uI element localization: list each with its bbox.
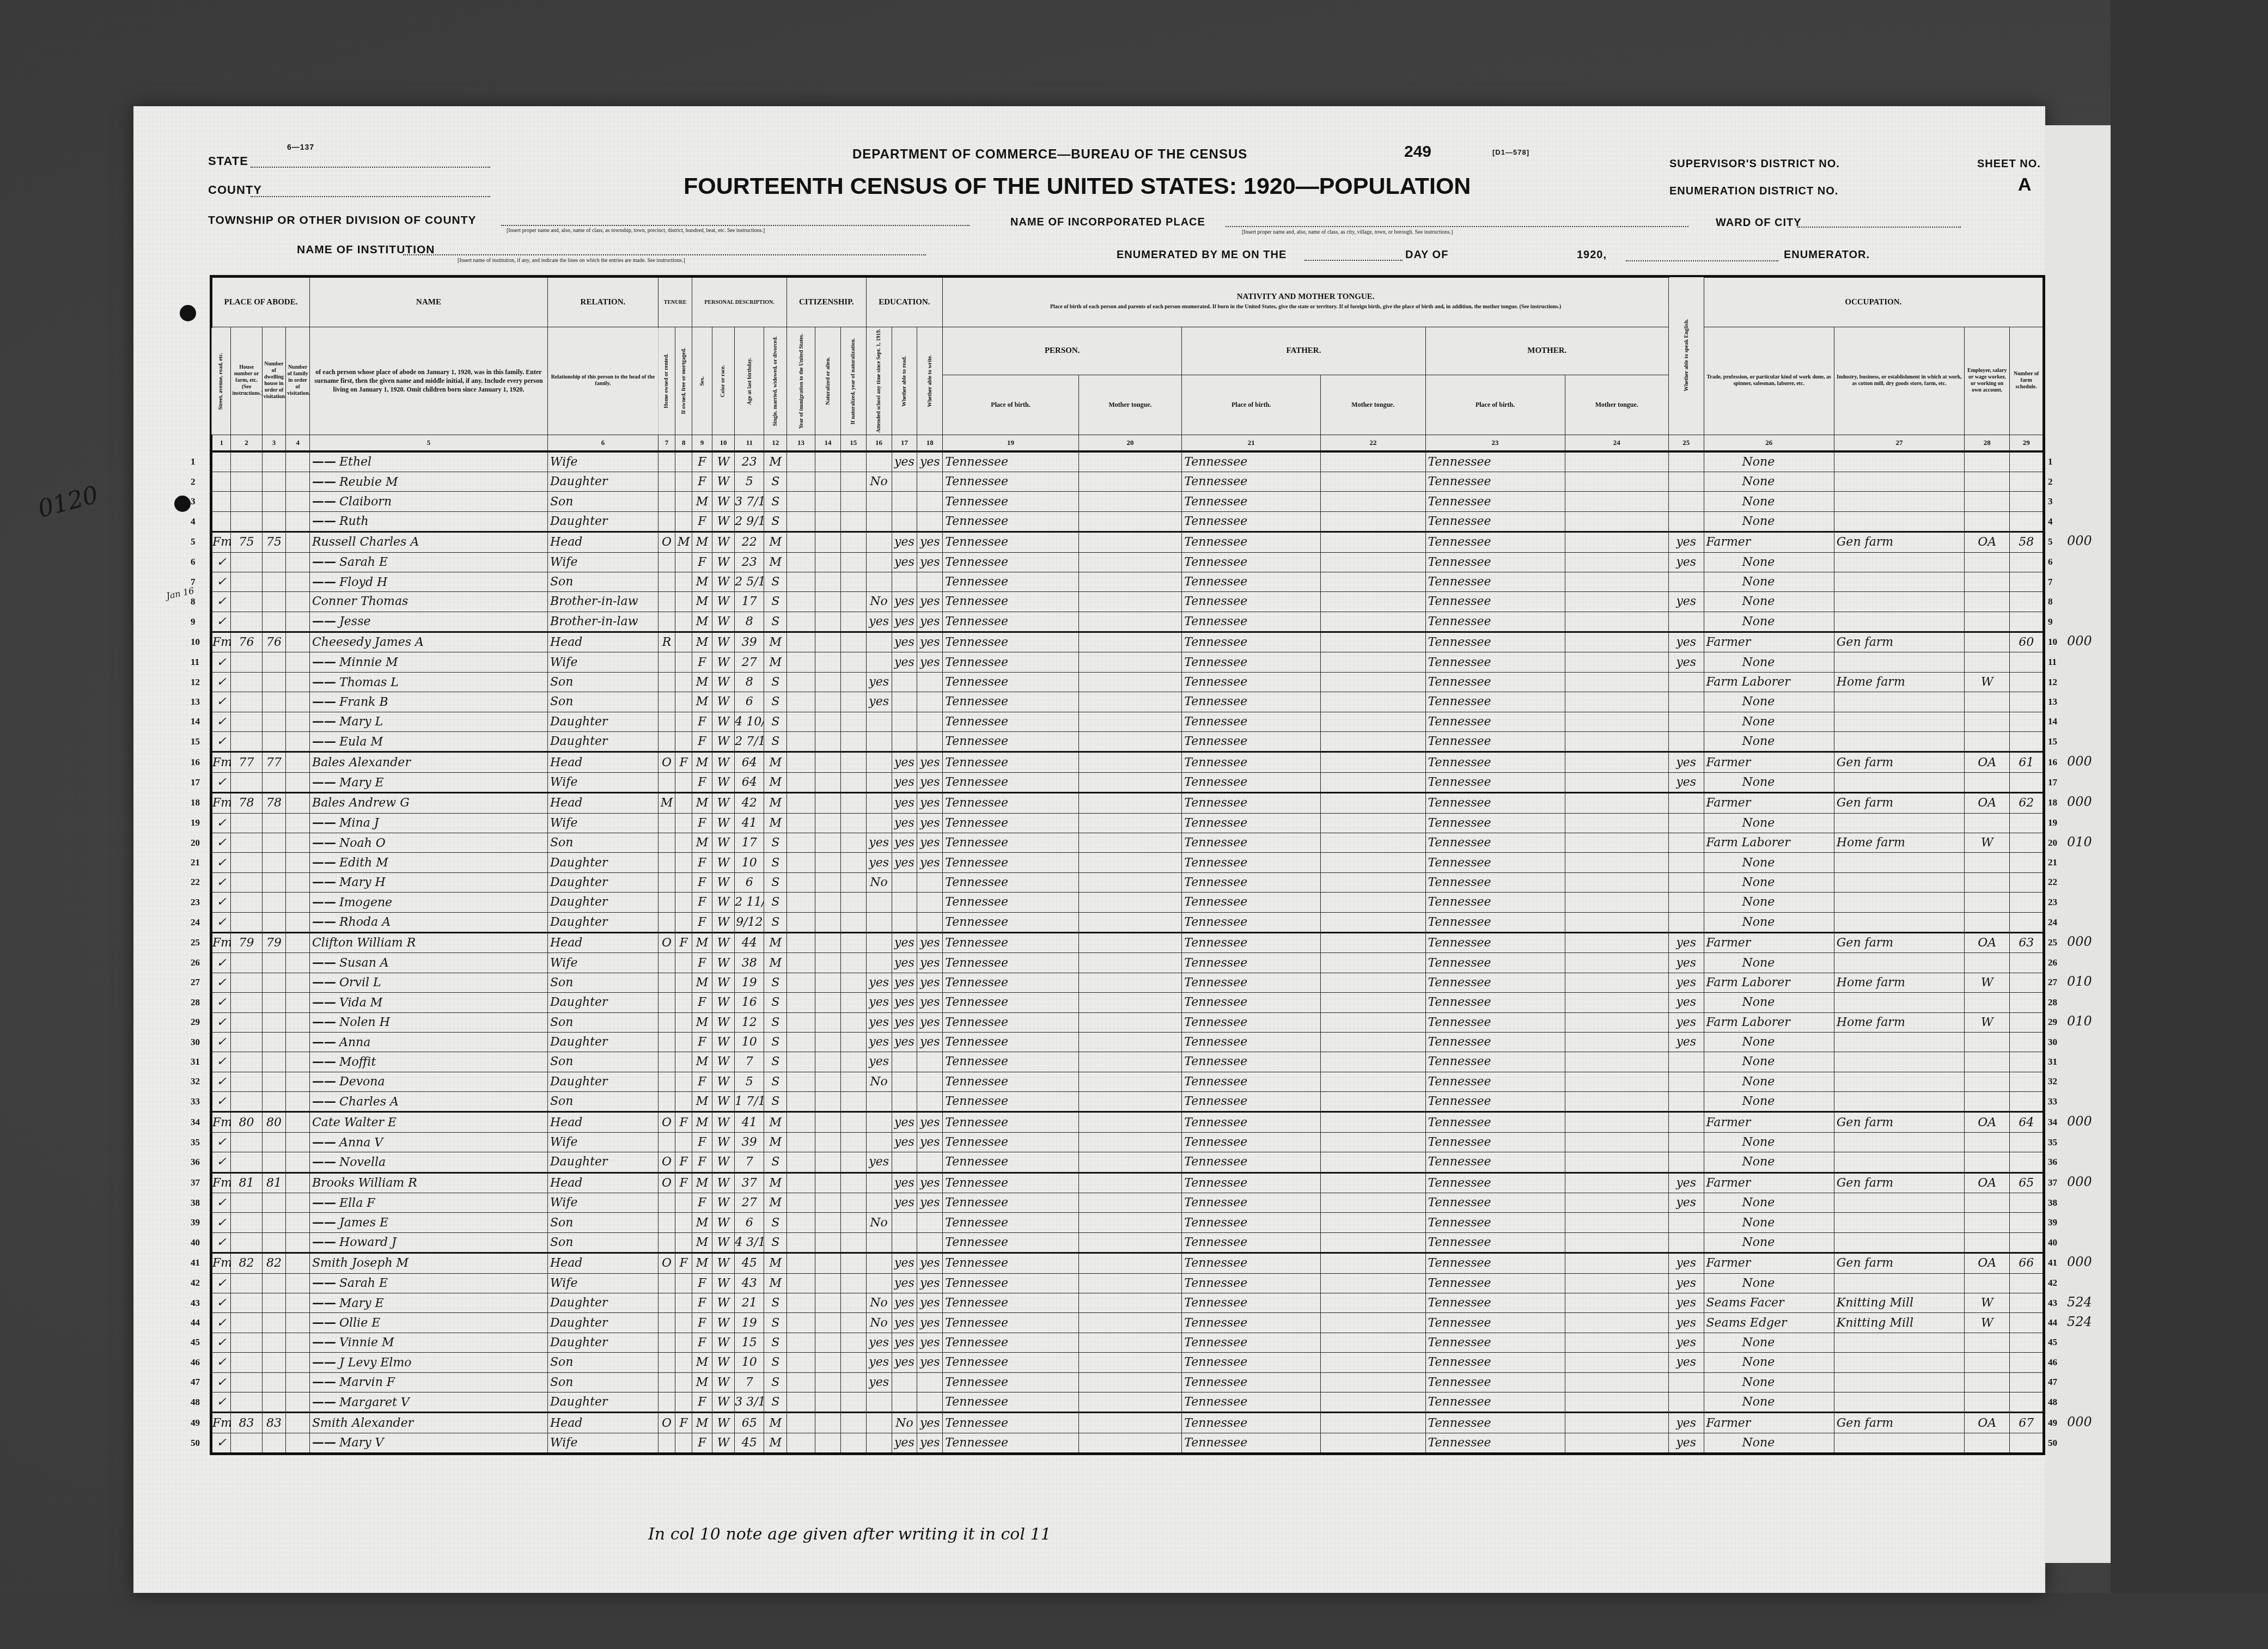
cell-industry [1834, 1433, 1964, 1453]
cell-school [866, 1172, 892, 1193]
cell-school: yes [866, 692, 892, 712]
cell-age: 17 [735, 833, 764, 852]
cell-nat [815, 1253, 841, 1273]
cell-write: yes [917, 451, 943, 472]
cell-write: yes [917, 592, 943, 612]
cell-imm [787, 572, 815, 591]
cell-english: yes [1669, 1012, 1704, 1032]
cell-school: yes [866, 853, 892, 872]
cell-house [231, 472, 262, 491]
cell-house: 76 [231, 632, 262, 652]
cell-family [286, 451, 310, 472]
cell-own [658, 853, 675, 872]
line-number: 46 [2048, 1357, 2057, 1368]
cell-street: Fm [211, 1172, 231, 1193]
cell-own [658, 652, 675, 672]
group-tenure: TENURE [658, 277, 692, 327]
cell-english [1669, 1213, 1704, 1232]
cell-age: 27 [735, 652, 764, 672]
cell-mt [1078, 492, 1181, 511]
cell-own [658, 1353, 675, 1372]
cell-mt [1078, 1293, 1181, 1312]
cell-trade: None [1704, 472, 1834, 491]
cell-english: yes [1669, 1032, 1704, 1052]
cell-name: Claiborn [310, 492, 548, 511]
table-row: ✓James ESonMW6SNoTennesseeTennesseeTenne… [211, 1213, 2044, 1232]
line-number: 13 [191, 697, 200, 707]
cell-pob: Tennessee [943, 1213, 1079, 1232]
line-number: 11 [2048, 657, 2057, 668]
cell-family [286, 1392, 310, 1412]
cell-industry: Gen farm [1834, 632, 1964, 652]
cell-write: yes [917, 1333, 943, 1352]
year-value: 1920, [1577, 249, 1607, 261]
cell-race: W [712, 853, 735, 872]
cell-class [1965, 1392, 2010, 1412]
cell-mpob: Tennessee [1425, 973, 1565, 992]
cell-fpob: Tennessee [1182, 1372, 1321, 1392]
line-number: 31 [191, 1056, 200, 1067]
cell-trade: Farmer [1704, 1253, 1834, 1273]
cell-industry [1834, 1333, 1964, 1352]
cell-industry [1834, 552, 1964, 572]
cell-name: Margaret V [310, 1392, 548, 1412]
cell-fpob: Tennessee [1182, 1112, 1321, 1132]
cell-class [1965, 451, 2010, 472]
cell-english: yes [1669, 1353, 1704, 1372]
cell-mpob: Tennessee [1425, 712, 1565, 731]
header-c12: Single, married, widowed, or divorced. [764, 327, 787, 435]
cell-marital: S [764, 732, 787, 752]
line-number: 19 [2048, 817, 2057, 828]
cell-name: Vida M [310, 993, 548, 1012]
cell-pob: Tennessee [943, 793, 1079, 813]
cell-mmt [1565, 692, 1668, 712]
cell-natyr [840, 732, 866, 752]
cell-name: Devona [310, 1072, 548, 1091]
cell-own [658, 813, 675, 833]
cell-trade: Farm Laborer [1704, 973, 1834, 992]
cell-fmt [1321, 1293, 1425, 1312]
cell-imm [787, 772, 815, 792]
cell-race: W [712, 1433, 735, 1453]
cell-nat [815, 932, 841, 952]
cell-mpob: Tennessee [1425, 893, 1565, 912]
cell-own: O [658, 1253, 675, 1273]
cell-own [658, 1392, 675, 1412]
cell-fpob: Tennessee [1182, 532, 1321, 552]
cell-own [658, 472, 675, 491]
table-row: ✓Vida MDaughterFW16SyesyesyesTennesseeTe… [211, 993, 2044, 1012]
cell-trade: Farmer [1704, 532, 1834, 552]
cell-house: 77 [231, 752, 262, 772]
cell-age: 7 [735, 1052, 764, 1072]
cell-mpob: Tennessee [1425, 1413, 1565, 1433]
cell-nat [815, 1433, 841, 1453]
cell-natyr [840, 1433, 866, 1453]
cell-relation: Daughter [547, 732, 658, 752]
cell-mt [1078, 672, 1181, 692]
cell-sex: M [692, 1112, 712, 1132]
cell-name: Noah O [310, 833, 548, 852]
cell-english [1669, 872, 1704, 892]
cell-fmt [1321, 472, 1425, 491]
cell-read: yes [892, 612, 917, 632]
cell-street: ✓ [211, 1353, 231, 1372]
cell-fmt [1321, 712, 1425, 731]
cell-relation: Son [547, 973, 658, 992]
cell-read [892, 1092, 917, 1112]
cell-sex: M [692, 532, 712, 552]
cell-marital: S [764, 993, 787, 1012]
cell-read [892, 1072, 917, 1091]
cell-mpob: Tennessee [1425, 592, 1565, 612]
cell-sex: F [692, 953, 712, 973]
cell-street: ✓ [211, 953, 231, 973]
cell-industry: Home farm [1834, 973, 1964, 992]
cell-marital: S [764, 1372, 787, 1392]
cell-write [917, 732, 943, 752]
cell-industry [1834, 1353, 1964, 1372]
cell-sex: M [692, 1413, 712, 1433]
cell-own [658, 492, 675, 511]
cell-write: yes [917, 973, 943, 992]
cell-read: yes [892, 953, 917, 973]
cell-industry: Gen farm [1834, 793, 1964, 813]
cell-race: W [712, 1032, 735, 1052]
cell-trade: Farmer [1704, 632, 1834, 652]
cell-nat [815, 1293, 841, 1312]
cell-natyr [840, 1072, 866, 1091]
cell-pob: Tennessee [943, 1152, 1079, 1172]
cell-mort [675, 772, 692, 792]
cell-marital: S [764, 1092, 787, 1112]
cell-mt [1078, 912, 1181, 932]
cell-fpob: Tennessee [1182, 793, 1321, 813]
cell-race: W [712, 833, 735, 852]
table-row: ✓Anna VWifeFW39MyesyesTennesseeTennessee… [211, 1132, 2044, 1152]
cell-english [1669, 853, 1704, 872]
cell-school: No [866, 1072, 892, 1091]
group-name: NAME [310, 277, 548, 327]
cell-mt [1078, 793, 1181, 813]
cell-nat [815, 632, 841, 652]
cell-write: yes [917, 1012, 943, 1032]
cell-nat [815, 552, 841, 572]
cell-own: O [658, 1152, 675, 1172]
cell-sex: F [692, 1132, 712, 1152]
cell-own: O [658, 1172, 675, 1193]
cell-street: ✓ [211, 592, 231, 612]
group-mother: MOTHER. [1425, 327, 1668, 375]
cell-class [1965, 1333, 2010, 1352]
cell-school: yes [866, 833, 892, 852]
cell-english [1669, 813, 1704, 833]
cell-pob: Tennessee [943, 833, 1079, 852]
line-number: 48 [191, 1397, 200, 1408]
cell-mort [675, 833, 692, 852]
cell-fpob: Tennessee [1182, 552, 1321, 572]
table-row: ✓Howard JSonMW4 3/12STennesseeTennesseeT… [211, 1232, 2044, 1253]
cell-imm [787, 1433, 815, 1453]
cell-class [1965, 912, 2010, 932]
line-number: 39 [191, 1217, 200, 1228]
cell-english [1669, 893, 1704, 912]
group-citizenship: CITIZENSHIP. [787, 277, 867, 327]
cell-fpob: Tennessee [1182, 572, 1321, 591]
cell-read [892, 712, 917, 731]
cell-pob: Tennessee [943, 752, 1079, 772]
cell-mmt [1565, 932, 1668, 952]
cell-house [231, 1072, 262, 1091]
cell-relation: Son [547, 572, 658, 591]
line-number: 32 [191, 1076, 200, 1087]
cell-write: yes [917, 853, 943, 872]
cell-natyr [840, 1052, 866, 1072]
cell-marital: M [764, 1433, 787, 1453]
table-row: ✓MoffitSonMW7SyesTennesseeTennesseeTenne… [211, 1052, 2044, 1072]
table-row: Fm7979Clifton William RHeadOFMW44Myesyes… [211, 932, 2044, 952]
cell-fpob: Tennessee [1182, 1392, 1321, 1412]
cell-race: W [712, 552, 735, 572]
cell-race: W [712, 492, 735, 511]
cell-trade: None [1704, 813, 1834, 833]
cell-marital: M [764, 1413, 787, 1433]
cell-read: yes [892, 592, 917, 612]
cell-family [286, 1433, 310, 1453]
cell-relation: Head [547, 932, 658, 952]
cell-family [286, 1353, 310, 1372]
table-row: ✓Sarah EWifeFW43MyesyesTennesseeTennesse… [211, 1273, 2044, 1293]
cell-relation: Daughter [547, 872, 658, 892]
cell-dwelling [262, 1333, 286, 1352]
occupation-code: 010 [2067, 974, 2092, 989]
cell-industry [1834, 472, 1964, 491]
cell-fmt [1321, 993, 1425, 1012]
cell-sex: M [692, 672, 712, 692]
cell-dwelling [262, 872, 286, 892]
table-row: ✓AnnaDaughterFW10SyesyesyesTennesseeTenn… [211, 1032, 2044, 1052]
cell-street: ✓ [211, 1152, 231, 1172]
cell-class: W [1965, 973, 2010, 992]
cell-mt [1078, 1072, 1181, 1091]
line-number: 29 [2048, 1017, 2057, 1028]
cell-pob: Tennessee [943, 672, 1079, 692]
cell-own [658, 1052, 675, 1072]
cell-own [658, 552, 675, 572]
cell-relation: Wife [547, 772, 658, 792]
cell-marital: S [764, 1313, 787, 1333]
cell-mort [675, 1372, 692, 1392]
cell-read [892, 672, 917, 692]
group-nativity: NATIVITY AND MOTHER TONGUE. Place of bir… [943, 277, 1669, 327]
cell-marital: S [764, 692, 787, 712]
cell-house [231, 552, 262, 572]
cell-dwelling [262, 833, 286, 852]
cell-nat [815, 1353, 841, 1372]
cell-relation: Daughter [547, 912, 658, 932]
cell-fmt [1321, 872, 1425, 892]
cell-fpob: Tennessee [1182, 672, 1321, 692]
cell-street: ✓ [211, 772, 231, 792]
cell-mpob: Tennessee [1425, 752, 1565, 772]
cell-house [231, 732, 262, 752]
cell-dwelling [262, 472, 286, 491]
cell-trade: None [1704, 712, 1834, 731]
cell-street: ✓ [211, 652, 231, 672]
cell-fmt [1321, 853, 1425, 872]
cell-house [231, 1132, 262, 1152]
cell-class [1965, 772, 2010, 792]
cell-natyr [840, 672, 866, 692]
cell-age: 39 [735, 632, 764, 652]
cell-race: W [712, 1152, 735, 1172]
cell-own [658, 1072, 675, 1091]
cell-industry [1834, 993, 1964, 1012]
cell-mt [1078, 853, 1181, 872]
cell-class [1965, 1372, 2010, 1392]
cell-house [231, 1392, 262, 1412]
cell-race: W [712, 1273, 735, 1293]
cell-race: W [712, 1413, 735, 1433]
cell-race: W [712, 732, 735, 752]
cell-fpob: Tennessee [1182, 893, 1321, 912]
cell-mort: F [675, 932, 692, 952]
cell-name: Brooks William R [310, 1172, 548, 1193]
cell-fpob: Tennessee [1182, 1253, 1321, 1273]
cell-mort: F [675, 1152, 692, 1172]
line-number: 22 [191, 877, 200, 888]
header-c13: Year of immigration to the United States… [787, 327, 815, 435]
cell-mmt [1565, 532, 1668, 552]
cell-house [231, 853, 262, 872]
cell-english [1669, 472, 1704, 491]
cell-school: yes [866, 1333, 892, 1352]
cell-dwelling: 82 [262, 1253, 286, 1273]
cell-family [286, 932, 310, 952]
header-c6: Relationship of this person to the head … [547, 327, 658, 435]
cell-race: W [712, 893, 735, 912]
cell-pob: Tennessee [943, 1232, 1079, 1253]
cell-imm [787, 1092, 815, 1112]
column-number: 17 [892, 435, 917, 451]
cell-age: 23 [735, 451, 764, 472]
cell-race: W [712, 1092, 735, 1112]
cell-relation: Head [547, 1112, 658, 1132]
cell-family [286, 973, 310, 992]
cell-family [286, 1413, 310, 1433]
cell-name: Cheesedy James A [310, 632, 548, 652]
cell-own [658, 1293, 675, 1312]
cell-mt [1078, 813, 1181, 833]
cell-read: yes [892, 1353, 917, 1372]
nativity-note: Place of birth of each person and parent… [943, 302, 1668, 312]
cell-trade: None [1704, 1433, 1834, 1453]
cell-write [917, 511, 943, 532]
cell-trade: Farmer [1704, 932, 1834, 952]
cell-class [1965, 632, 2010, 652]
cell-dwelling [262, 492, 286, 511]
cell-own [658, 592, 675, 612]
cell-school [866, 793, 892, 813]
cell-farm [2010, 492, 2044, 511]
cell-natyr [840, 993, 866, 1012]
cell-mmt [1565, 893, 1668, 912]
cell-fpob: Tennessee [1182, 1092, 1321, 1112]
line-number: 22 [2048, 877, 2057, 888]
table-row: ✓Conner ThomasBrother-in-lawMW17SNoyesye… [211, 592, 2044, 612]
cell-relation: Brother-in-law [547, 592, 658, 612]
township-hint: [Insert proper name and, also, name of c… [507, 228, 765, 234]
cell-natyr [840, 1293, 866, 1312]
cell-fpob: Tennessee [1182, 1172, 1321, 1193]
cell-age: 41 [735, 1112, 764, 1132]
header-c10: Color or race. [712, 327, 735, 435]
column-number: 9 [692, 435, 712, 451]
column-number: 11 [735, 435, 764, 451]
cell-mmt [1565, 732, 1668, 752]
cell-dwelling [262, 912, 286, 932]
cell-industry [1834, 853, 1964, 872]
cell-natyr [840, 552, 866, 572]
cell-english [1669, 451, 1704, 472]
cell-dwelling [262, 1032, 286, 1052]
table-row: ClaibornSonMW3 7/12STennesseeTennesseeTe… [211, 492, 2044, 511]
cell-own [658, 1092, 675, 1112]
cell-name: Imogene [310, 893, 548, 912]
census-title: FOURTEENTH CENSUS OF THE UNITED STATES: … [684, 173, 1471, 200]
cell-mmt [1565, 1092, 1668, 1112]
cell-street: ✓ [211, 1213, 231, 1232]
cell-mpob: Tennessee [1425, 1193, 1565, 1213]
line-number: 8 [2048, 596, 2053, 607]
cell-write: yes [917, 793, 943, 813]
cell-marital: M [764, 652, 787, 672]
cell-school [866, 511, 892, 532]
cell-age: 15 [735, 1333, 764, 1352]
cell-read [892, 1232, 917, 1253]
column-number: 6 [547, 435, 658, 451]
cell-nat [815, 872, 841, 892]
cell-trade: None [1704, 1333, 1834, 1352]
cell-relation: Son [547, 1052, 658, 1072]
cell-imm [787, 932, 815, 952]
cell-nat [815, 1413, 841, 1433]
cell-marital: S [764, 1392, 787, 1412]
cell-mmt [1565, 672, 1668, 692]
cell-mt [1078, 1032, 1181, 1052]
cell-nat [815, 532, 841, 552]
cell-read: yes [892, 853, 917, 872]
cell-imm [787, 451, 815, 472]
supervisor-label: SUPERVISOR'S DISTRICT NO. [1669, 158, 1840, 170]
cell-mort [675, 1333, 692, 1352]
cell-school: No [866, 1293, 892, 1312]
cell-natyr [840, 1112, 866, 1132]
cell-english: yes [1669, 973, 1704, 992]
cell-fpob: Tennessee [1182, 1052, 1321, 1072]
line-number: 46 [191, 1357, 200, 1368]
cell-family [286, 1032, 310, 1052]
cell-trade: None [1704, 511, 1834, 532]
cell-name: Bales Andrew G [310, 793, 548, 813]
table-row: ✓Minnie MWifeFW27MyesyesTennesseeTenness… [211, 652, 2044, 672]
cell-name: Ella F [310, 1193, 548, 1213]
cell-farm [2010, 853, 2044, 872]
cell-class [1965, 612, 2010, 632]
cell-fmt [1321, 572, 1425, 591]
cell-read: yes [892, 772, 917, 792]
